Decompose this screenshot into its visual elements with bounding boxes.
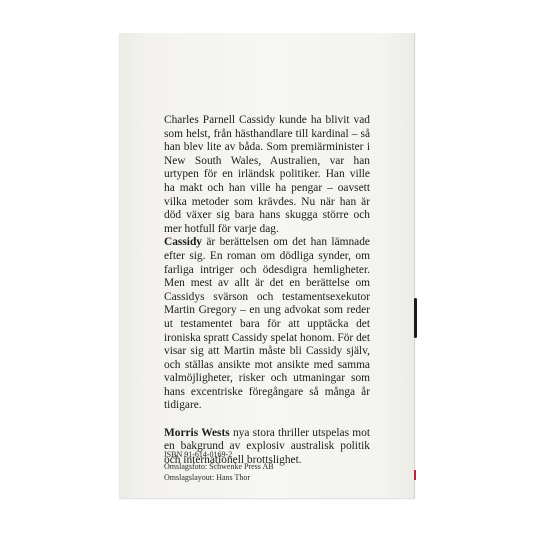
blurb-paragraph-1: Charles Parnell Cassidy kunde ha blivit … bbox=[164, 114, 370, 236]
author-bold: Morris Wests bbox=[164, 427, 230, 439]
red-edge-mark bbox=[414, 470, 416, 480]
blurb-paragraph-2: Cassidy är berättelsen om det han lämnad… bbox=[164, 236, 370, 413]
cover-photo-credit: Omslagsfoto: Schwenke Press AB bbox=[164, 461, 364, 473]
title-bold: Cassidy bbox=[164, 236, 202, 248]
isbn: ISBN 91-614-0169-2 bbox=[164, 449, 364, 461]
credits: ISBN 91-614-0169-2 Omslagsfoto: Schwenke… bbox=[164, 449, 364, 484]
blurb-text: Charles Parnell Cassidy kunde ha blivit … bbox=[164, 114, 370, 467]
cover-layout-credit: Omslagslayout: Hans Thor bbox=[164, 472, 364, 484]
spine-shadow bbox=[414, 298, 417, 338]
